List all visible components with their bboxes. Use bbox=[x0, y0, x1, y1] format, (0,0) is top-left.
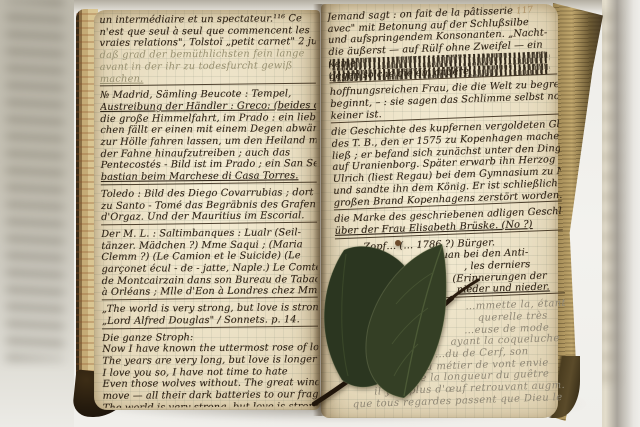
pressed-leaves bbox=[300, 228, 492, 416]
leaf-stem-branch bbox=[452, 280, 478, 298]
page-number: 117 bbox=[516, 5, 534, 17]
handwritten-line: avant in der ihr zu todesfurcht gewiß bbox=[100, 60, 316, 74]
left-page-handwriting: un intermédiaire et un spectateur.¹¹⁶ Ce… bbox=[99, 13, 318, 408]
blurred-background-right bbox=[596, 0, 640, 427]
leaf-bud bbox=[395, 240, 401, 246]
notebook-photo: un intermédiaire et un spectateur.¹¹⁶ Ce… bbox=[0, 0, 640, 427]
